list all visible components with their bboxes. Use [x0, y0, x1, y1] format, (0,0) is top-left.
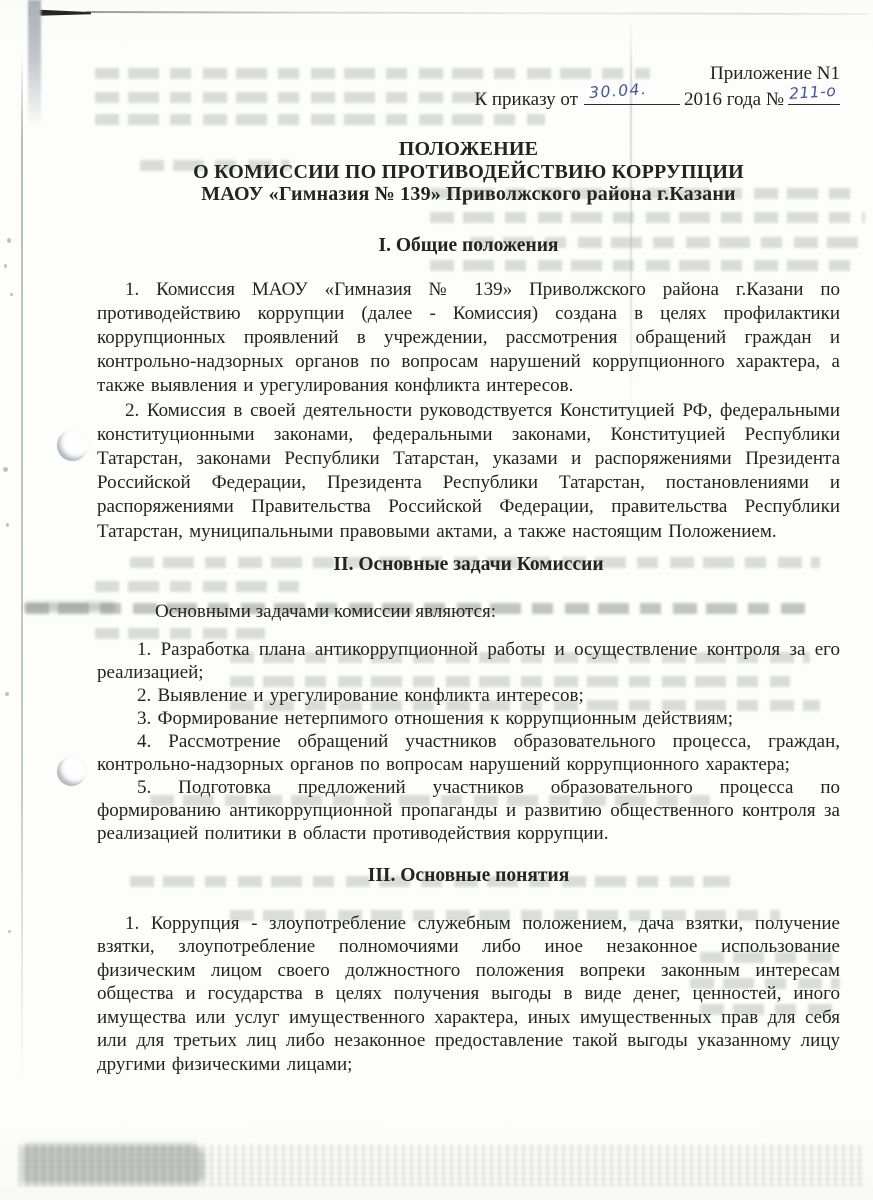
hole-punch	[57, 430, 88, 461]
document-title-line-2: О КОМИССИИ ПО ПРОТИВОДЕЙСТВИЮ КОРРУПЦИИ	[97, 161, 840, 184]
document-header: Приложение N1 К приказу от30.04.2016 год…	[97, 62, 840, 112]
tasks-intro: Основными задачами комиссии являются:	[97, 600, 840, 624]
paragraph: 1. Комиссия МАОУ «Гимназия № 139» Привол…	[97, 278, 840, 399]
annex-label: Приложение N1	[97, 62, 840, 86]
paragraph: 2. Комиссия в своей деятельности руковод…	[97, 399, 840, 544]
section-heading-2: II. Основные задачи Комиссии	[97, 554, 840, 576]
section-heading-1: I. Общие положения	[97, 235, 840, 257]
task-item: 3. Формирование нетерпимого отношения к …	[97, 707, 840, 730]
date-blank: 30.04.	[584, 87, 680, 105]
section-heading-3: III. Основные понятия	[97, 865, 840, 887]
number-blank: 211-о	[788, 87, 840, 105]
document-title-line-1: ПОЛОЖЕНИЕ	[97, 138, 840, 161]
scan-artifact-top-hairline	[86, 11, 868, 15]
handwritten-number: 211-о	[788, 79, 837, 106]
paragraph: 1. Коррупция - злоупотребление служебным…	[97, 912, 840, 1077]
task-item: 2. Выявление и урегулирование конфликта …	[97, 684, 840, 707]
task-item: 5. Подготовка предложений участников обр…	[97, 776, 840, 845]
document-page: Приложение N1 К приказу от30.04.2016 год…	[0, 0, 873, 1200]
task-item: 4. Рассмотрение обращений участников обр…	[97, 730, 840, 776]
order-middle: 2016 года №	[684, 89, 784, 110]
order-line: К приказу от30.04.2016 года №211-о	[97, 87, 840, 112]
task-item: 1. Разработка плана антикоррупционной ра…	[97, 638, 840, 684]
scan-artifact-bottom-blob	[22, 1144, 204, 1184]
document-title-line-3: МАОУ «Гимназия № 139» Приволжского район…	[97, 183, 840, 206]
document-title: ПОЛОЖЕНИЕ О КОМИССИИ ПО ПРОТИВОДЕЙСТВИЮ …	[97, 138, 840, 206]
hole-punch	[57, 757, 86, 786]
document-content: Приложение N1 К приказу от30.04.2016 год…	[0, 62, 873, 1076]
scan-artifact-left-shadow	[28, 0, 41, 128]
order-prefix: К приказу от	[474, 89, 578, 110]
scan-artifact-left-edge-line	[21, 52, 23, 1088]
handwritten-date: 30.04.	[588, 77, 648, 105]
